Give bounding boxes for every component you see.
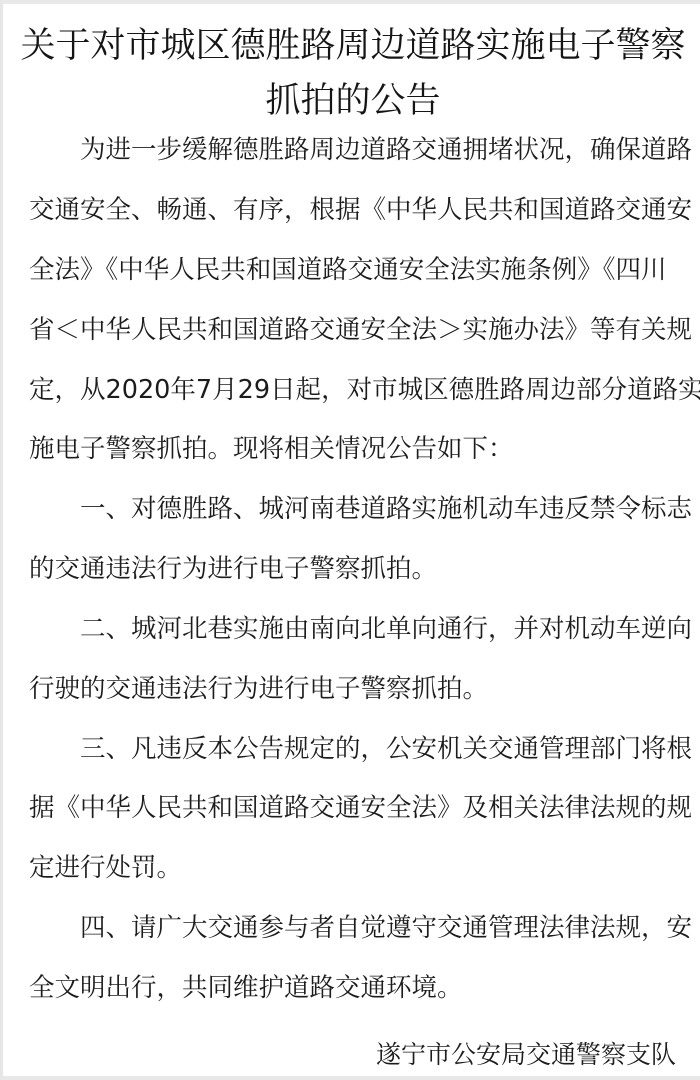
item-1-line-2: 的交通违法行为进行电子警察抓拍。 [29,547,679,591]
intro-line-1: 为进一步缓解德胜路周边道路交通拥堵状况，确保道路 [29,128,679,172]
title-line-1: 关于对市城区德胜路周边道路实施电子警察 [3,20,700,72]
item-3-line-2: 据《中华人民共和国道路交通安全法》及相关法律法规的规 [29,786,679,830]
item-2-line-1: 二、城河北巷实施由南向北单向通行，并对机动车逆向 [29,607,679,651]
intro-line-5: 定，从2020年7月29日起，对市城区德胜路周边部分道路实 [29,368,679,412]
item-2-line-2: 行驶的交通违法行为进行电子警察抓拍。 [29,667,679,711]
announcement-page: 关于对市城区德胜路周边道路实施电子警察 抓拍的公告 为进一步缓解德胜路周边道路交… [0,0,700,1080]
item-4-line-2: 全文明出行，共同维护道路交通环境。 [29,966,679,1010]
item-3-line-1: 三、凡违反本公告规定的，公安机关交通管理部门将根 [29,727,679,771]
intro-line-6: 施电子警察抓拍。现将相关情况公告如下： [29,427,679,471]
intro-line-3: 全法》《中华人民共和国道路交通安全法实施条例》《四川 [29,248,679,292]
item-4-line-1: 四、请广大交通参与者自觉遵守交通管理法律法规，安 [29,906,679,950]
intro-line-2: 交通安全、畅通、有序，根据《中华人民共和国道路交通安 [29,188,679,232]
item-3-line-3: 定进行处罚。 [29,846,679,890]
issuer-signature: 遂宁市公安局交通警察支队 [376,1037,676,1073]
title-line-2: 抓拍的公告 [3,75,700,127]
intro-line-4: 省＜中华人民共和国道路交通安全法＞实施办法》等有关规 [29,308,679,352]
item-1-line-1: 一、对德胜路、城河南巷道路实施机动车违反禁令标志 [29,487,679,531]
